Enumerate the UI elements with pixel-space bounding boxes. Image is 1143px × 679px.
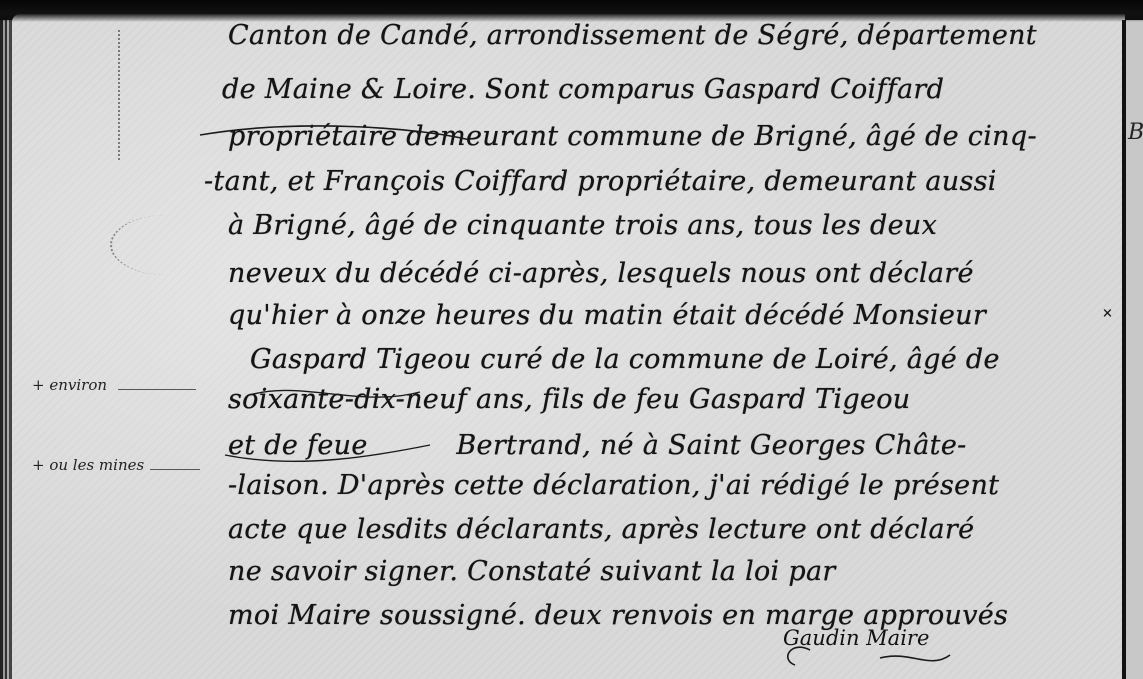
- record-line-2: de Maine & Loire. Sont comparus Gaspard …: [222, 74, 944, 105]
- record-line-13: ne savoir signer. Constaté suivant la lo…: [228, 556, 836, 587]
- pin-holes: [118, 30, 126, 160]
- scan-top-shadow: [0, 0, 1143, 22]
- mayor-signature: Gaudin Maire: [783, 626, 929, 650]
- record-line-5: à Brigné, âgé de cinquante trois ans, to…: [228, 210, 937, 241]
- record-line-1: Canton de Candé, arrondissement de Ségré…: [228, 20, 1037, 51]
- bleed-through-stamp: [110, 215, 222, 275]
- record-line-9: soixante-dix-neuf ans, fils de feu Gaspa…: [228, 384, 910, 415]
- record-line-6: neveux du décédé ci-après, lesquels nous…: [228, 258, 974, 289]
- margin-note-mines: + ou les mines: [32, 456, 144, 474]
- facing-page-edge: B: [1126, 20, 1143, 679]
- margin-rule-1: [118, 389, 196, 390]
- facing-page-letter: B: [1128, 120, 1143, 145]
- margin-note-environ: + environ: [32, 376, 107, 394]
- record-line-11: -laison. D'après cette déclaration, j'ai…: [228, 470, 999, 501]
- left-page-binding: [0, 20, 12, 679]
- record-line-10: et de feue Bertrand, né à Saint Georges …: [228, 430, 967, 461]
- record-line-7: qu'hier à onze heures du matin était déc…: [228, 300, 986, 331]
- record-line-12: acte que lesdits déclarants, après lectu…: [228, 514, 974, 545]
- record-line-3: propriétaire demeurant commune de Brigné…: [228, 121, 1037, 152]
- insertion-mark: ×: [1102, 306, 1113, 321]
- record-line-4: -tant, et François Coiffard propriétaire…: [204, 166, 997, 197]
- record-line-8: Gaspard Tigeou curé de la commune de Loi…: [250, 344, 1000, 375]
- margin-rule-2: [150, 469, 200, 470]
